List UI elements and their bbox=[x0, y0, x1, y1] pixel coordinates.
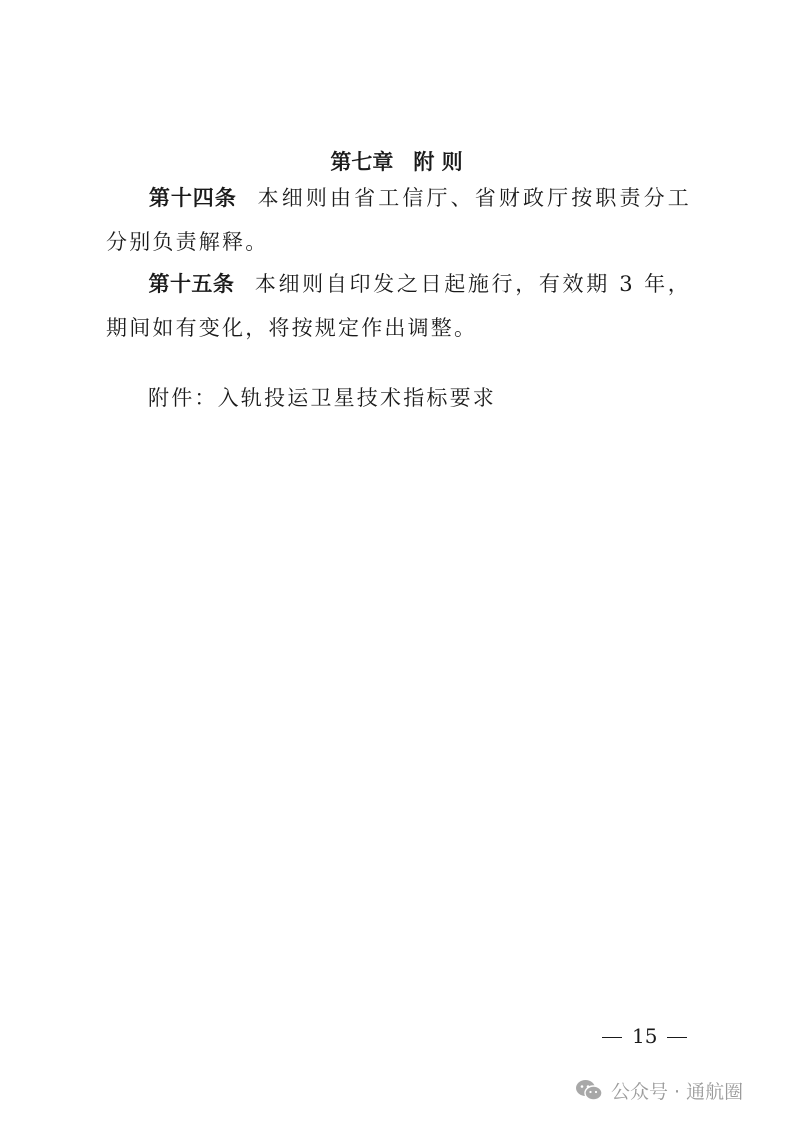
watermark: 公众号 · 通航圈 bbox=[575, 1077, 743, 1103]
article-label: 第十五条 bbox=[148, 272, 234, 296]
wechat-icon bbox=[575, 1079, 603, 1101]
page-number-value: 15 bbox=[632, 1024, 657, 1048]
document-page: 第七章附 则 第十四条本细则由省工信厅、省财政厅按职责分工分别负责解释。 第十五… bbox=[0, 0, 793, 1122]
dash-right bbox=[667, 1037, 687, 1039]
dash-left bbox=[602, 1037, 622, 1039]
attachment-line: 附件：入轨投运卫星技术指标要求 bbox=[148, 382, 496, 412]
chapter-title: 附 则 bbox=[413, 150, 462, 174]
attachment-title: 入轨投运卫星技术指标要求 bbox=[218, 386, 496, 410]
page-number: 15 bbox=[592, 1024, 697, 1048]
article-14: 第十四条本细则由省工信厅、省财政厅按职责分工分别负责解释。 bbox=[106, 176, 691, 264]
article-label: 第十四条 bbox=[148, 186, 237, 210]
chapter-number: 第七章 bbox=[330, 150, 393, 174]
article-15: 第十五条本细则自印发之日起施行，有效期 3 年，期间如有变化，将按规定作出调整。 bbox=[106, 262, 691, 350]
watermark-text: 公众号 · 通航圈 bbox=[611, 1077, 743, 1104]
chapter-heading: 第七章附 则 bbox=[0, 146, 793, 176]
attachment-label: 附件： bbox=[148, 386, 218, 410]
